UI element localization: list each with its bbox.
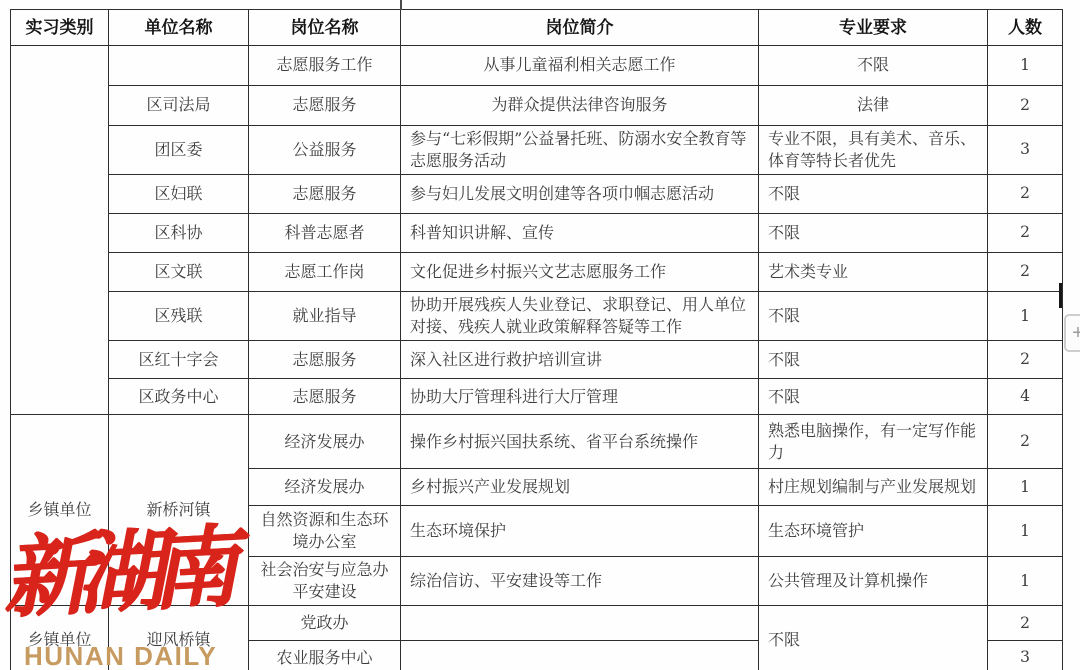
- cell-position: 农业服务中心: [249, 641, 401, 670]
- cell-requirement: 专业不限，具有美术、音乐、体育等特长者优先: [759, 126, 988, 175]
- zoom-in-button[interactable]: +: [1064, 314, 1080, 352]
- cell-position: 志愿服务: [249, 379, 401, 415]
- cell-unit: 区红十字会: [109, 341, 249, 379]
- table-row: 志愿服务工作 从事儿童福利相关志愿工作 不限 1: [11, 46, 1063, 86]
- cell-description: 文化促进乡村振兴文艺志愿服务工作: [401, 253, 759, 292]
- cell-unit: 区政务中心: [109, 379, 249, 415]
- cell-unit: [109, 46, 249, 86]
- text-cursor: [1059, 283, 1062, 308]
- header-count: 人数: [988, 10, 1063, 46]
- hunan-daily-watermark-en: HUNAN DAILY: [24, 641, 217, 670]
- cell-description: 为群众提供法律咨询服务: [401, 86, 759, 126]
- cell-count: 2: [988, 415, 1063, 469]
- cell-count: 2: [988, 606, 1063, 641]
- table-row: 区司法局 志愿服务 为群众提供法律咨询服务 法律 2: [11, 86, 1063, 126]
- cell-unit: 区妇联: [109, 175, 249, 214]
- cell-requirement: 生态环境管护: [759, 506, 988, 557]
- cell-description: [401, 606, 759, 641]
- cropped-gridline-artifact: [400, 0, 402, 10]
- cell-unit: 区残联: [109, 292, 249, 341]
- cell-description: 操作乡村振兴国扶系统、省平台系统操作: [401, 415, 759, 469]
- plus-icon: +: [1072, 322, 1080, 345]
- cell-position: 社会治安与应急办平安建设: [249, 557, 401, 606]
- cell-count: 3: [988, 641, 1063, 670]
- cell-requirement: 不限: [759, 606, 988, 670]
- cell-description: 生态环境保护: [401, 506, 759, 557]
- cell-position: 自然资源和生态环境办公室: [249, 506, 401, 557]
- cell-requirement: 不限: [759, 46, 988, 86]
- table-row: 乡镇单位 新桥河镇 经济发展办 操作乡村振兴国扶系统、省平台系统操作 熟悉电脑操…: [11, 415, 1063, 469]
- header-unit: 单位名称: [109, 10, 249, 46]
- table-row: 团区委 公益服务 参与“七彩假期”公益暑托班、防溺水安全教育等志愿服务活动 专业…: [11, 126, 1063, 175]
- cell-position: 经济发展办: [249, 415, 401, 469]
- cell-requirement: 法律: [759, 86, 988, 126]
- cell-requirement: 不限: [759, 175, 988, 214]
- cell-position: 志愿工作岗: [249, 253, 401, 292]
- table-row: 区文联 志愿工作岗 文化促进乡村振兴文艺志愿服务工作 艺术类专业 2: [11, 253, 1063, 292]
- table-row: 区科协 科普志愿者 科普知识讲解、宣传 不限 2: [11, 214, 1063, 253]
- cell-unit: 团区委: [109, 126, 249, 175]
- table-row: 区妇联 志愿服务 参与妇儿发展文明创建等各项巾帼志愿活动 不限 2: [11, 175, 1063, 214]
- cell-position: 志愿服务: [249, 86, 401, 126]
- cell-description: 从事儿童福利相关志愿工作: [401, 46, 759, 86]
- cell-count: 2: [988, 86, 1063, 126]
- cell-requirement: 熟悉电脑操作，有一定写作能力: [759, 415, 988, 469]
- cell-description: 协助大厅管理科进行大厅管理: [401, 379, 759, 415]
- table-row: 区红十字会 志愿服务 深入社区进行救护培训宣讲 不限 2: [11, 341, 1063, 379]
- table-row: 区政务中心 志愿服务 协助大厅管理科进行大厅管理 不限 4: [11, 379, 1063, 415]
- cell-count: 2: [988, 341, 1063, 379]
- cell-requirement: 不限: [759, 292, 988, 341]
- cell-unit: 区司法局: [109, 86, 249, 126]
- cell-count: 3: [988, 126, 1063, 175]
- cell-count: 1: [988, 557, 1063, 606]
- cell-requirement: 艺术类专业: [759, 253, 988, 292]
- cell-requirement: 公共管理及计算机操作: [759, 557, 988, 606]
- cell-description: [401, 641, 759, 670]
- cell-description: 深入社区进行救护培训宣讲: [401, 341, 759, 379]
- cell-position: 志愿服务: [249, 175, 401, 214]
- cell-count: 2: [988, 253, 1063, 292]
- cell-count: 1: [988, 292, 1063, 341]
- cell-description: 乡村振兴产业发展规划: [401, 469, 759, 506]
- cell-requirement: 不限: [759, 214, 988, 253]
- cell-unit: 区科协: [109, 214, 249, 253]
- cell-count: 1: [988, 506, 1063, 557]
- header-category: 实习类别: [11, 10, 109, 46]
- cell-requirement: 不限: [759, 341, 988, 379]
- cell-description: 参与“七彩假期”公益暑托班、防溺水安全教育等志愿服务活动: [401, 126, 759, 175]
- cell-category: [11, 46, 109, 415]
- cell-description: 协助开展残疾人失业登记、求职登记、用人单位对接、残疾人就业政策解释答疑等工作: [401, 292, 759, 341]
- header-description: 岗位简介: [401, 10, 759, 46]
- cell-unit: 区文联: [109, 253, 249, 292]
- cell-position: 志愿服务: [249, 341, 401, 379]
- cell-position: 就业指导: [249, 292, 401, 341]
- hunan-daily-watermark-cn: 新湖南: [0, 522, 226, 621]
- cell-requirement: 不限: [759, 379, 988, 415]
- cell-count: 2: [988, 175, 1063, 214]
- cell-position: 党政办: [249, 606, 401, 641]
- cell-position: 经济发展办: [249, 469, 401, 506]
- cell-description: 参与妇儿发展文明创建等各项巾帼志愿活动: [401, 175, 759, 214]
- table-row: 区残联 就业指导 协助开展残疾人失业登记、求职登记、用人单位对接、残疾人就业政策…: [11, 292, 1063, 341]
- cell-count: 1: [988, 469, 1063, 506]
- cell-description: 科普知识讲解、宣传: [401, 214, 759, 253]
- cell-requirement: 村庄规划编制与产业发展规划: [759, 469, 988, 506]
- cell-position: 公益服务: [249, 126, 401, 175]
- cell-position: 科普志愿者: [249, 214, 401, 253]
- cell-count: 1: [988, 46, 1063, 86]
- cell-count: 2: [988, 214, 1063, 253]
- cell-description: 综治信访、平安建设等工作: [401, 557, 759, 606]
- header-position: 岗位名称: [249, 10, 401, 46]
- header-row: 实习类别 单位名称 岗位名称 岗位简介 专业要求 人数: [11, 10, 1063, 46]
- cell-position: 志愿服务工作: [249, 46, 401, 86]
- header-requirement: 专业要求: [759, 10, 988, 46]
- cell-count: 4: [988, 379, 1063, 415]
